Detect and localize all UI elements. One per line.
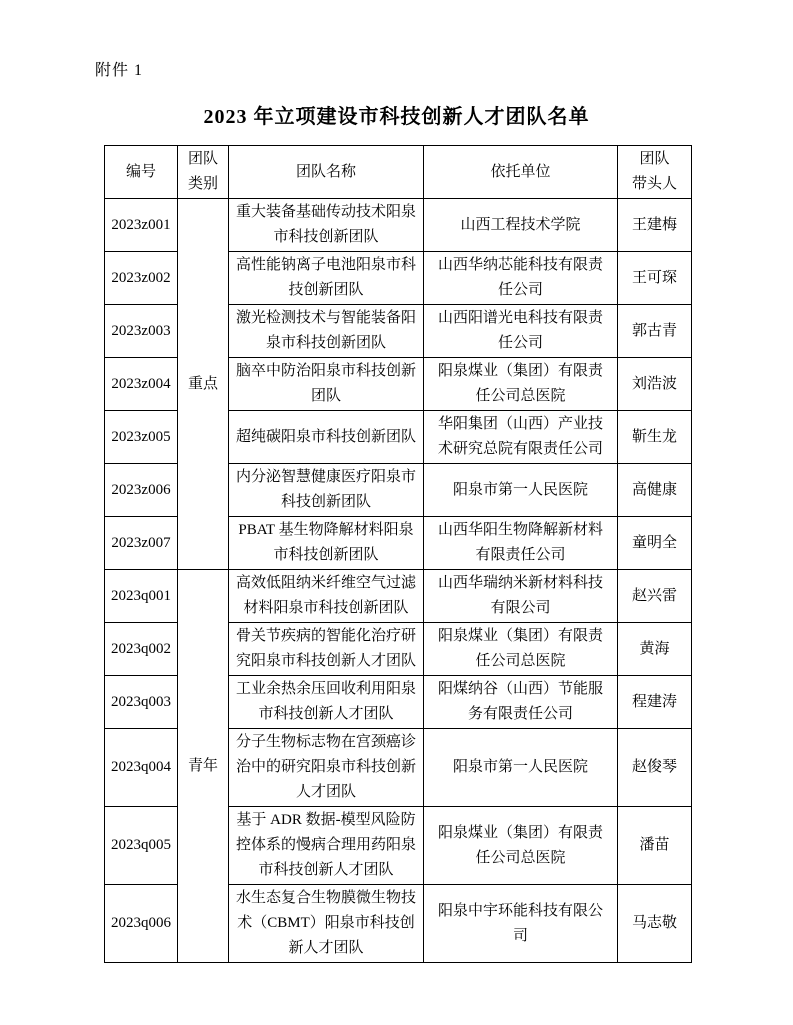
unit-cell: 华阳集团（山西）产业技术研究总院有限责任公司 xyxy=(424,411,618,464)
team-table: 编号 团队 类别 团队名称 依托单位 团队 带头人 2023z001重点重大装备… xyxy=(104,145,692,963)
leader-cell: 刘浩波 xyxy=(618,358,692,411)
team-name-cell: 脑卒中防治阳泉市科技创新团队 xyxy=(229,358,424,411)
attachment-label: 附件 1 xyxy=(95,59,143,83)
team-name-cell: 分子生物标志物在宫颈癌诊治中的研究阳泉市科技创新人才团队 xyxy=(229,729,424,807)
leader-cell: 程建涛 xyxy=(618,676,692,729)
table-row: 2023q001青年高效低阻纳米纤维空气过滤材料阳泉市科技创新团队山西华瑞纳米新… xyxy=(105,570,692,623)
team-id-cell: 2023q005 xyxy=(105,807,178,885)
team-id-cell: 2023z006 xyxy=(105,464,178,517)
header-row: 编号 团队 类别 团队名称 依托单位 团队 带头人 xyxy=(105,146,692,199)
header-unit: 依托单位 xyxy=(424,146,618,199)
page-title: 2023 年立项建设市科技创新人才团队名单 xyxy=(0,100,793,129)
team-id-cell: 2023q003 xyxy=(105,676,178,729)
unit-cell: 阳泉市第一人民医院 xyxy=(424,729,618,807)
category-cell: 青年 xyxy=(178,570,229,963)
team-name-cell: 骨关节疾病的智能化治疗研究阳泉市科技创新人才团队 xyxy=(229,623,424,676)
document-page: 附件 1 2023 年立项建设市科技创新人才团队名单 编号 团队 类别 团队名称… xyxy=(0,0,793,1025)
header-id: 编号 xyxy=(105,146,178,199)
team-id-cell: 2023z004 xyxy=(105,358,178,411)
unit-cell: 阳煤纳谷（山西）节能服务有限责任公司 xyxy=(424,676,618,729)
team-name-cell: 高性能钠离子电池阳泉市科技创新团队 xyxy=(229,252,424,305)
leader-cell: 郭古青 xyxy=(618,305,692,358)
leader-cell: 童明全 xyxy=(618,517,692,570)
leader-cell: 赵兴雷 xyxy=(618,570,692,623)
team-id-cell: 2023z001 xyxy=(105,199,178,252)
team-name-cell: 水生态复合生物膜微生物技术（CBMT）阳泉市科技创新人才团队 xyxy=(229,885,424,963)
team-name-cell: 重大装备基础传动技术阳泉市科技创新团队 xyxy=(229,199,424,252)
leader-cell: 黄海 xyxy=(618,623,692,676)
leader-cell: 王建梅 xyxy=(618,199,692,252)
team-id-cell: 2023q004 xyxy=(105,729,178,807)
unit-cell: 山西华瑞纳米新材料科技有限公司 xyxy=(424,570,618,623)
team-name-cell: 内分泌智慧健康医疗阳泉市科技创新团队 xyxy=(229,464,424,517)
category-cell: 重点 xyxy=(178,199,229,570)
table-header: 编号 团队 类别 团队名称 依托单位 团队 带头人 xyxy=(105,146,692,199)
leader-cell: 靳生龙 xyxy=(618,411,692,464)
unit-cell: 山西华阳生物降解新材料有限责任公司 xyxy=(424,517,618,570)
leader-cell: 高健康 xyxy=(618,464,692,517)
header-category: 团队 类别 xyxy=(178,146,229,199)
unit-cell: 阳泉煤业（集团）有限责任公司总医院 xyxy=(424,358,618,411)
unit-cell: 阳泉中宇环能科技有限公司 xyxy=(424,885,618,963)
unit-cell: 山西阳谱光电科技有限责任公司 xyxy=(424,305,618,358)
leader-cell: 赵俊琴 xyxy=(618,729,692,807)
team-table-body: 2023z001重点重大装备基础传动技术阳泉市科技创新团队山西工程技术学院王建梅… xyxy=(105,199,692,963)
team-name-cell: 激光检测技术与智能装备阳泉市科技创新团队 xyxy=(229,305,424,358)
team-id-cell: 2023q001 xyxy=(105,570,178,623)
team-id-cell: 2023z003 xyxy=(105,305,178,358)
team-id-cell: 2023z007 xyxy=(105,517,178,570)
unit-cell: 阳泉煤业（集团）有限责任公司总医院 xyxy=(424,623,618,676)
team-name-cell: PBAT 基生物降解材料阳泉市科技创新团队 xyxy=(229,517,424,570)
leader-cell: 马志敬 xyxy=(618,885,692,963)
team-name-cell: 超纯碳阳泉市科技创新团队 xyxy=(229,411,424,464)
table-row: 2023z001重点重大装备基础传动技术阳泉市科技创新团队山西工程技术学院王建梅 xyxy=(105,199,692,252)
header-leader: 团队 带头人 xyxy=(618,146,692,199)
team-id-cell: 2023z002 xyxy=(105,252,178,305)
header-team-name: 团队名称 xyxy=(229,146,424,199)
team-id-cell: 2023q006 xyxy=(105,885,178,963)
unit-cell: 阳泉煤业（集团）有限责任公司总医院 xyxy=(424,807,618,885)
team-id-cell: 2023q002 xyxy=(105,623,178,676)
team-name-cell: 工业余热余压回收利用阳泉市科技创新人才团队 xyxy=(229,676,424,729)
unit-cell: 山西华纳芯能科技有限责任公司 xyxy=(424,252,618,305)
team-id-cell: 2023z005 xyxy=(105,411,178,464)
unit-cell: 阳泉市第一人民医院 xyxy=(424,464,618,517)
team-name-cell: 高效低阻纳米纤维空气过滤材料阳泉市科技创新团队 xyxy=(229,570,424,623)
leader-cell: 王可琛 xyxy=(618,252,692,305)
leader-cell: 潘苗 xyxy=(618,807,692,885)
team-name-cell: 基于 ADR 数据-模型风险防控体系的慢病合理用药阳泉市科技创新人才团队 xyxy=(229,807,424,885)
unit-cell: 山西工程技术学院 xyxy=(424,199,618,252)
